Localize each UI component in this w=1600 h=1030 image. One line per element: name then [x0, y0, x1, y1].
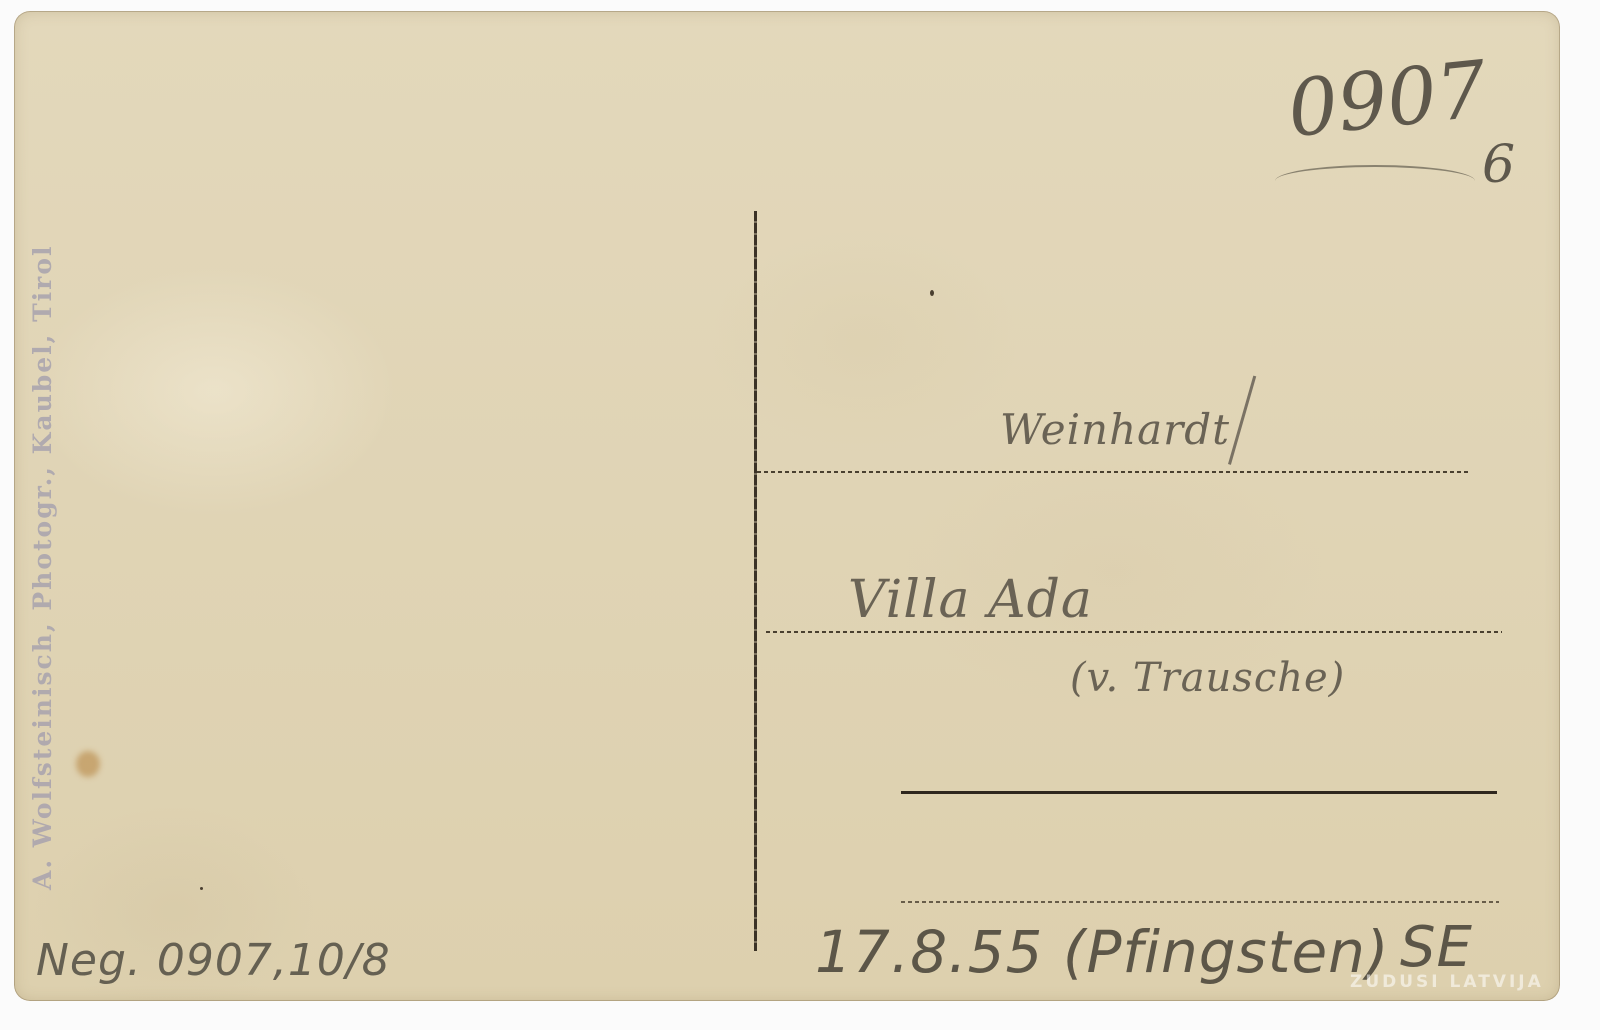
address-text: Villa Ada — [848, 570, 1093, 630]
reference-subscript: 6 — [1482, 135, 1516, 195]
address-line-2 — [766, 631, 1502, 633]
address-line-1 — [757, 471, 1469, 473]
address-line-3 — [901, 791, 1497, 794]
owner-note: (v. Trausche) — [1070, 655, 1345, 701]
age-stain — [76, 751, 100, 777]
address-line-4 — [901, 901, 1499, 903]
address-divider-line — [754, 211, 757, 951]
recipient-name: Weinhardt — [1000, 405, 1230, 454]
ink-speck — [200, 887, 203, 890]
publisher-imprint: A. Wolfsteinisch, Photogr., Kaubel, Tiro… — [28, 244, 57, 890]
negative-number: Neg. 0907,10/8 — [36, 935, 391, 986]
date-note: 17.8.55 (Pfingsten) — [815, 918, 1390, 986]
postcard-back — [14, 11, 1560, 1001]
ink-speck — [930, 290, 934, 296]
initials: SE — [1400, 915, 1473, 980]
watermark: zudusi Latvija — [1350, 972, 1544, 992]
